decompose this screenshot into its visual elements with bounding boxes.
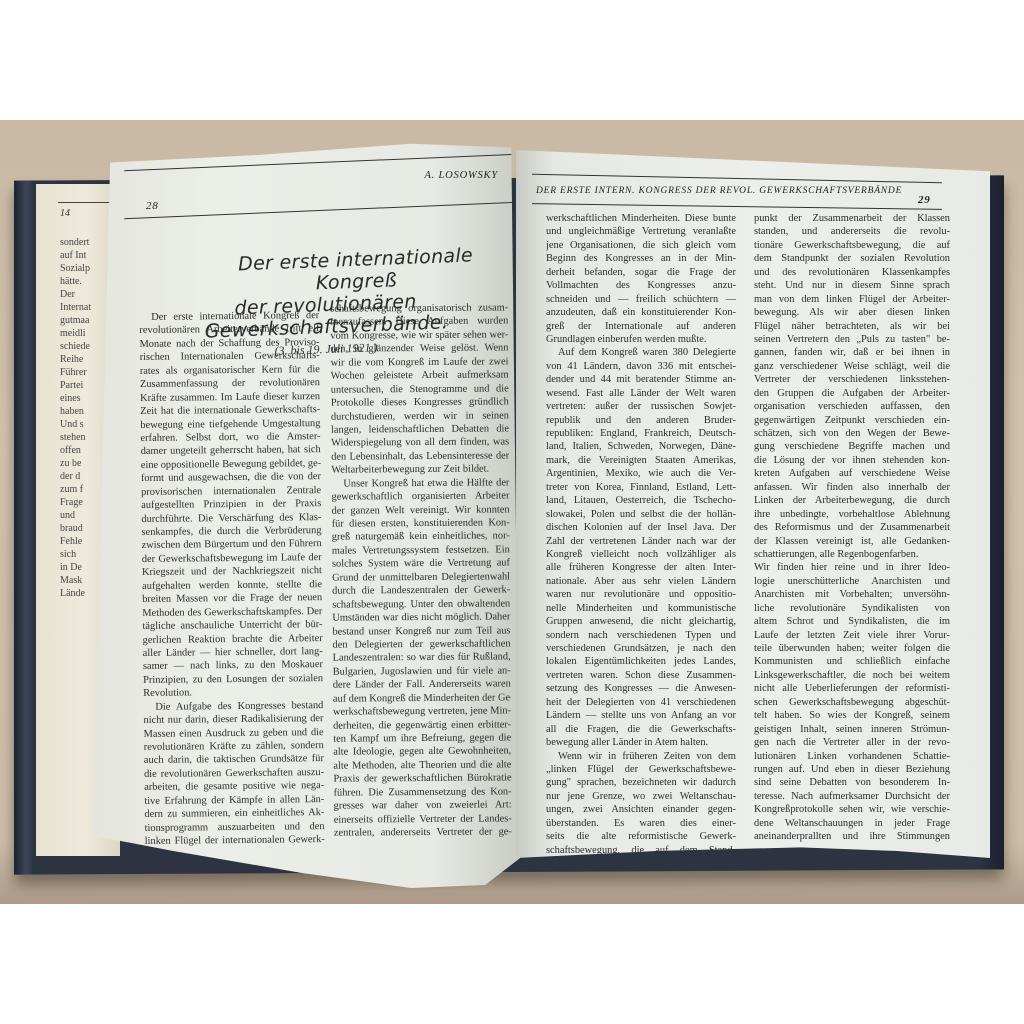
text-line: bewegung. Als wir aber diesen linken	[754, 306, 950, 319]
text-line: Prinzipien, zu den Losungen der sozialen	[143, 672, 323, 687]
text-line: Kongreß vielleicht noch vollzähliger als	[546, 548, 736, 561]
text-line: sind seine Debatten von besonderem In-	[754, 776, 950, 789]
text-line: den Lebensinhalt, das Lebensinteresse de…	[331, 449, 509, 464]
text-line: breiten Massen vor die Frage der neuen	[142, 591, 322, 606]
text-line: Wenn wir in früheren Zeiten von dem	[546, 750, 736, 763]
text-line: tionäre Gewerkschaftsbewegung, die auf	[754, 239, 950, 252]
text-line: ungen, zwei Ansichten einander gegen-	[546, 803, 736, 816]
text-line: Praxis der gewerkschaftlichen Bürokratie	[333, 772, 511, 787]
text-line: man von dem linken Flügel der Arbeiter-	[754, 293, 950, 306]
header-rule-bottom	[532, 203, 942, 210]
text-line: Zusammenfassung der revolutionären	[140, 376, 320, 391]
text-line: nelle Minderheiten und kommunistische	[546, 602, 736, 615]
text-line: für diesen ersten, konstituierenden Kon-	[332, 516, 510, 531]
text-line: Widerspiegelung von all dem finden, was	[331, 436, 509, 451]
text-line: telt haben. So wies der Kongreß, seinem	[754, 709, 950, 722]
text-line: land, Italien, Schweden, Norwegen, Däne-	[546, 440, 736, 453]
text-line: Linksgewerkschaftler, die noch bei weite…	[754, 669, 950, 682]
text-line: der ganzen Welt vereinigt. Wir konnten	[332, 503, 510, 518]
right-page-column-1: werkschaftlichen Minderheiten. Diese bun…	[546, 212, 736, 857]
header-rule-bottom	[124, 202, 516, 219]
text-line: schaftsbewegung. Unter den obwaltenden	[332, 597, 510, 612]
text-line: slowakei, Polen und selbst die der hollä…	[546, 508, 736, 521]
text-line: treter von Korea, Finnland, Estland, Let…	[546, 481, 736, 494]
text-line: von 41 Ländern, davon 336 mit entschei-	[546, 360, 736, 373]
text-line: gannen, fanden wir, daß er bei ihnen in	[754, 346, 950, 359]
text-line: land, Litauen, Oesterreich, die Tschecho…	[546, 494, 736, 507]
text-line: seinen Vertretern den „Puls zu tasten" b…	[754, 333, 950, 346]
text-line: Protokolle dieses Kongresses gründlich	[331, 395, 509, 410]
text-line: kreten Aufgaben auf verschiedene Weise	[754, 467, 950, 480]
text-line: logie unerschütterliche Anarchisten und	[754, 575, 950, 588]
text-line: Umständen war dies nicht möglich. Daher	[332, 610, 510, 625]
text-line: Wir finden hier reine und in ihrer Ideo-	[754, 561, 950, 574]
text-line: menzufassen. Diese Aufgaben wurden	[330, 315, 508, 330]
text-line: Kommunisten und schließlich einfache	[754, 655, 950, 668]
text-line: Zeit hat die internationale Gewerkschaft…	[140, 403, 320, 418]
text-line: vom Kongresse, wie wir später sehen wer-	[330, 328, 508, 343]
text-line: anzudeuten, daß ein konstituierender Kon…	[546, 306, 736, 319]
text-line: Landeszentralen: so war dies für Rußland…	[333, 651, 511, 666]
text-line: alle früheren Kongresse der alten Inter-	[546, 561, 736, 574]
text-line: greß der Internationale auf anderen	[546, 320, 736, 333]
text-line: bestand unser Kongreß nur zum Teil aus	[332, 624, 510, 639]
text-line: zentralen, andererseits Vertreter der ge…	[334, 825, 512, 840]
text-line: die Lösung der vor ihnen stehenden kon-	[754, 454, 950, 467]
text-line: Argentinien, Mexiko, wie auch die Ver-	[546, 467, 736, 480]
left-page: A. LOSOWSKY 28 Der erste internationale …	[84, 140, 520, 888]
text-line: werkschaftlichen Minderheiten. Diese bun…	[546, 212, 736, 225]
text-line: überstanden. Es waren dies einer-	[546, 817, 736, 830]
text-line: und ungleichmäßige Vertretung veranlaßte	[546, 225, 736, 238]
text-line: ihre unbedingte, vorbehaltlose Ablehnung	[754, 508, 950, 521]
text-line: schneiden und — freilich schüchtern —	[546, 293, 736, 306]
text-line: aneinanderprallten und ihre Stimmungen	[754, 830, 950, 843]
text-line: gewerkschaftlich organisierten Arbeiter	[331, 490, 509, 505]
text-line: gen nach die Vertreter aller in der revo…	[754, 736, 950, 749]
page-number-right: 29	[918, 194, 931, 206]
text-line: werkschaftsbewegung vertreten, jene Min-	[333, 705, 511, 720]
text-line: all die Fragen, die die Gewerkschafts-	[546, 723, 736, 736]
header-rule-top	[532, 174, 942, 184]
text-line: lutionären Linken vorhandenen Schattie-	[754, 750, 950, 763]
text-line: males Vertretungssystem festsetzen. Ein	[332, 543, 510, 558]
text-line: liche revolutionäre Syndikalisten von	[754, 602, 950, 615]
text-line: gresses war daher von zweierlei Art:	[334, 799, 512, 814]
text-line: alte Ideologie, gegen alte Gewohnheiten,	[333, 745, 511, 760]
text-line: schaftsbewegung organisatorisch zusam-	[330, 301, 508, 316]
text-line: auf dem Kongreß die Minderheiten der Ge-	[333, 691, 511, 706]
text-line: „linken Flügel der Gewerkschaftsbewe-	[546, 763, 736, 776]
text-line: nur jene Grenze, wo zwei Weltanschau-	[546, 790, 736, 803]
page-number-left: 28	[146, 200, 159, 212]
running-head-chapter: DER ERSTE INTERN. KONGRESS DER REVOL. GE…	[536, 186, 902, 196]
text-line: den Delegierten der gewerkschaftlichen	[332, 637, 510, 652]
text-line: Weltarbeiterbewegung zur Zeit bildet.	[331, 463, 509, 478]
text-line: derheit befanden, sogar die Frage der	[546, 266, 736, 279]
text-line: langen, leidenschaftlichen Debatten die	[331, 422, 509, 437]
text-line: ganz verschiedener Weise schlägt, weil d…	[754, 360, 950, 373]
text-line: setzung des Kongresses — die Anwesen-	[546, 682, 736, 695]
text-line: sondern nach verschiedenen Typen und	[546, 629, 736, 642]
text-line: wesend. Fast alle Länder der Welt waren	[546, 387, 736, 400]
text-line: punkt der Zusammenarbeit der Klassen	[754, 212, 950, 225]
text-line: einerseits offizielle Vertreter der Land…	[334, 812, 512, 827]
text-line: mark, die Vereinigten Staaten Amerikas,	[546, 454, 736, 467]
text-line: bewegung aller Länder in Atem halten.	[546, 736, 736, 749]
text-line: Bulgarien, Jugoslawien und für viele an-	[333, 664, 511, 679]
text-line: Flügel näher betrachteten, als wir bei	[754, 320, 950, 333]
text-line: republik und den anderen Bruder-	[546, 414, 736, 427]
text-line: dern zu summieren, ein einheitliches Ak-	[144, 806, 324, 821]
text-line: Gruppen anwesend, die nicht gleichartig,	[546, 615, 736, 628]
text-line: geistigen Inhalt, seinen inneren Strömun…	[754, 723, 950, 736]
running-head-author: A. LOSOWSKY	[424, 170, 498, 181]
text-line: nicht alle Ueberlieferungen der reformis…	[754, 682, 950, 695]
text-line: den, in glänzender Weise gelöst. Wenn	[330, 342, 508, 357]
text-line: organisation verschieden auffassen, den	[754, 400, 950, 413]
text-line: derheiten, die gegenwärtig einen erbitte…	[333, 718, 511, 733]
text-line: Beginn des Kongresses an in der Min-	[546, 252, 736, 265]
text-line: und des revolutionären Klassenkampfes	[754, 266, 950, 279]
text-line: dem Standpunkt der sozialen Revolution	[754, 252, 950, 265]
text-line: Vollmachten des Kongresses anzu-	[546, 279, 736, 292]
text-line: verschiedenen Grundsätzen, je nach den	[546, 642, 736, 655]
text-line: Unser Kongreß hat etwa die Hälfte der	[331, 476, 509, 491]
text-line: schattierungen, alle Regenbogenfarben.	[754, 548, 950, 561]
text-line: Vertreter der verschiedenen linksstehen-	[754, 373, 950, 386]
text-line: vertreten: außer der russischen Sowjet-	[546, 400, 736, 413]
text-line: der Klassen vereinigt ist, alle Gedanken…	[754, 535, 950, 548]
text-line: Ländern — stellte uns von Anfang an vor	[546, 709, 736, 722]
left-page-column-1: Der erste internationale Kongreß derrevo…	[139, 309, 325, 848]
text-line: Laufe der letzten Zeit viele ihrer Vorur…	[754, 629, 950, 642]
text-line: linken Flügel der internationalen Gewerk…	[145, 833, 325, 848]
cover-left-edge	[14, 180, 34, 874]
text-line: teile überwunden haben; weiter folgen di…	[754, 642, 950, 655]
text-line: greß naturgemäß kein einheitliches, nor-	[332, 530, 510, 545]
text-line: lokalen Eigentümlichkeiten jedes Landes,	[546, 655, 736, 668]
text-line: steht. Und nur in diesem Sinne sprach	[754, 279, 950, 292]
text-line: Grundlagen einberufen werden mußte.	[546, 333, 736, 346]
text-line: dere Länder der Fall. Andererseits waren	[333, 678, 511, 693]
text-line: anfassen. Wir finden also innerhalb der	[754, 481, 950, 494]
text-line: solches System wäre die Vertretung auf	[332, 557, 510, 572]
text-line: heit der Delegierten von 41 verschiedene…	[546, 696, 736, 709]
text-line: tägliche anschauliche Unterricht der bür…	[142, 618, 322, 633]
text-line: teresse. Nach aufmerksamer Durchsicht de…	[754, 790, 950, 803]
text-line: gegenwärtigen Zeitpunkt verschieden ein-	[754, 414, 950, 427]
text-line: schätzen, sich von den Wegen der Bewe-	[754, 427, 950, 440]
text-line: vertreten waren. Schon diese Zusammen-	[546, 669, 736, 682]
text-line: seits die alte reformistische Gewerk-	[546, 830, 736, 843]
text-line: Linken der Arbeiterbewegung, die durch	[754, 494, 950, 507]
text-line: gung verschiedene Begriffe machen und	[754, 440, 950, 453]
text-line: Grund der unmittelbaren Delegiertenwahl	[332, 570, 510, 585]
text-line: alte Methoden, alte Theorien und die alt…	[333, 758, 511, 773]
text-line: wir die vom Kongreß im Laufe der zwei	[331, 355, 509, 370]
text-line: standen, und andererseits die revolu-	[754, 225, 950, 238]
text-line: durchstudieren, werden wir in seinen	[331, 409, 509, 424]
text-line: Anarchisten mit Vorbehalten; unversöhn-	[754, 588, 950, 601]
text-line: Zahl der vertretenen Länder nach war der	[546, 535, 736, 548]
text-line: altem Schrot und Syndikalisten, die im	[754, 615, 950, 628]
underlying-page-rule	[58, 202, 118, 203]
text-line: republiken: England, Frankreich, Deutsch…	[546, 427, 736, 440]
text-line: ten Kampf um ihre Befreiung, gegen die	[333, 731, 511, 746]
text-line: Kongreßprotokolle sehen wir, wie verschi…	[754, 803, 950, 816]
text-line: des Reformismus und der Zusammenarbeit	[754, 521, 950, 534]
text-line: untersuchen, die Stenogramme und die	[331, 382, 509, 397]
right-page: DER ERSTE INTERN. KONGRESS DER REVOL. GE…	[516, 150, 990, 858]
left-page-column-2: schaftsbewegung organisatorisch zusam-me…	[330, 301, 512, 840]
text-line: nationale. Aber aus sehr vielen Ländern	[546, 575, 736, 588]
text-line: durch die Landeszentralen der Gewerk-	[332, 584, 510, 599]
right-page-column-2: punkt der Zusammenarbeit der Klassenstan…	[754, 212, 950, 844]
text-line: nicht nur darin, dieser Radikalisierung …	[143, 712, 323, 727]
text-line: gung" sprachen, bezeichneten wir dadurch	[546, 776, 736, 789]
text-line: dischen Kolonien auf der Insel Java. Der	[546, 521, 736, 534]
text-line: jene Organisationen, die sich gleich vom	[546, 239, 736, 252]
text-line: dender und 44 mit beratender Stimme an-	[546, 373, 736, 386]
text-line: dene Weltanschauungen in jeder Frage	[754, 817, 950, 830]
text-line: rungen auf. Und eben in dieser Beziehung	[754, 763, 950, 776]
text-line: schen Gewerkschaftsbewegung abgeschüt-	[754, 696, 950, 709]
text-line: führen. Die Zusammensetzung des Kon-	[334, 785, 512, 800]
text-line: Auf dem Kongreß waren 380 Delegierte	[546, 346, 736, 359]
text-line: den Gruppen die Aufgaben der Arbeiter-	[754, 387, 950, 400]
text-line: aufgestellten Prinzipien in der Praxis	[141, 497, 321, 512]
text-line: Wochen geleistete Arbeit aufmerksam	[331, 369, 509, 384]
underlying-page-number: 14	[60, 208, 70, 219]
text-line: waren nur revolutionäre und oppositio-	[546, 588, 736, 601]
